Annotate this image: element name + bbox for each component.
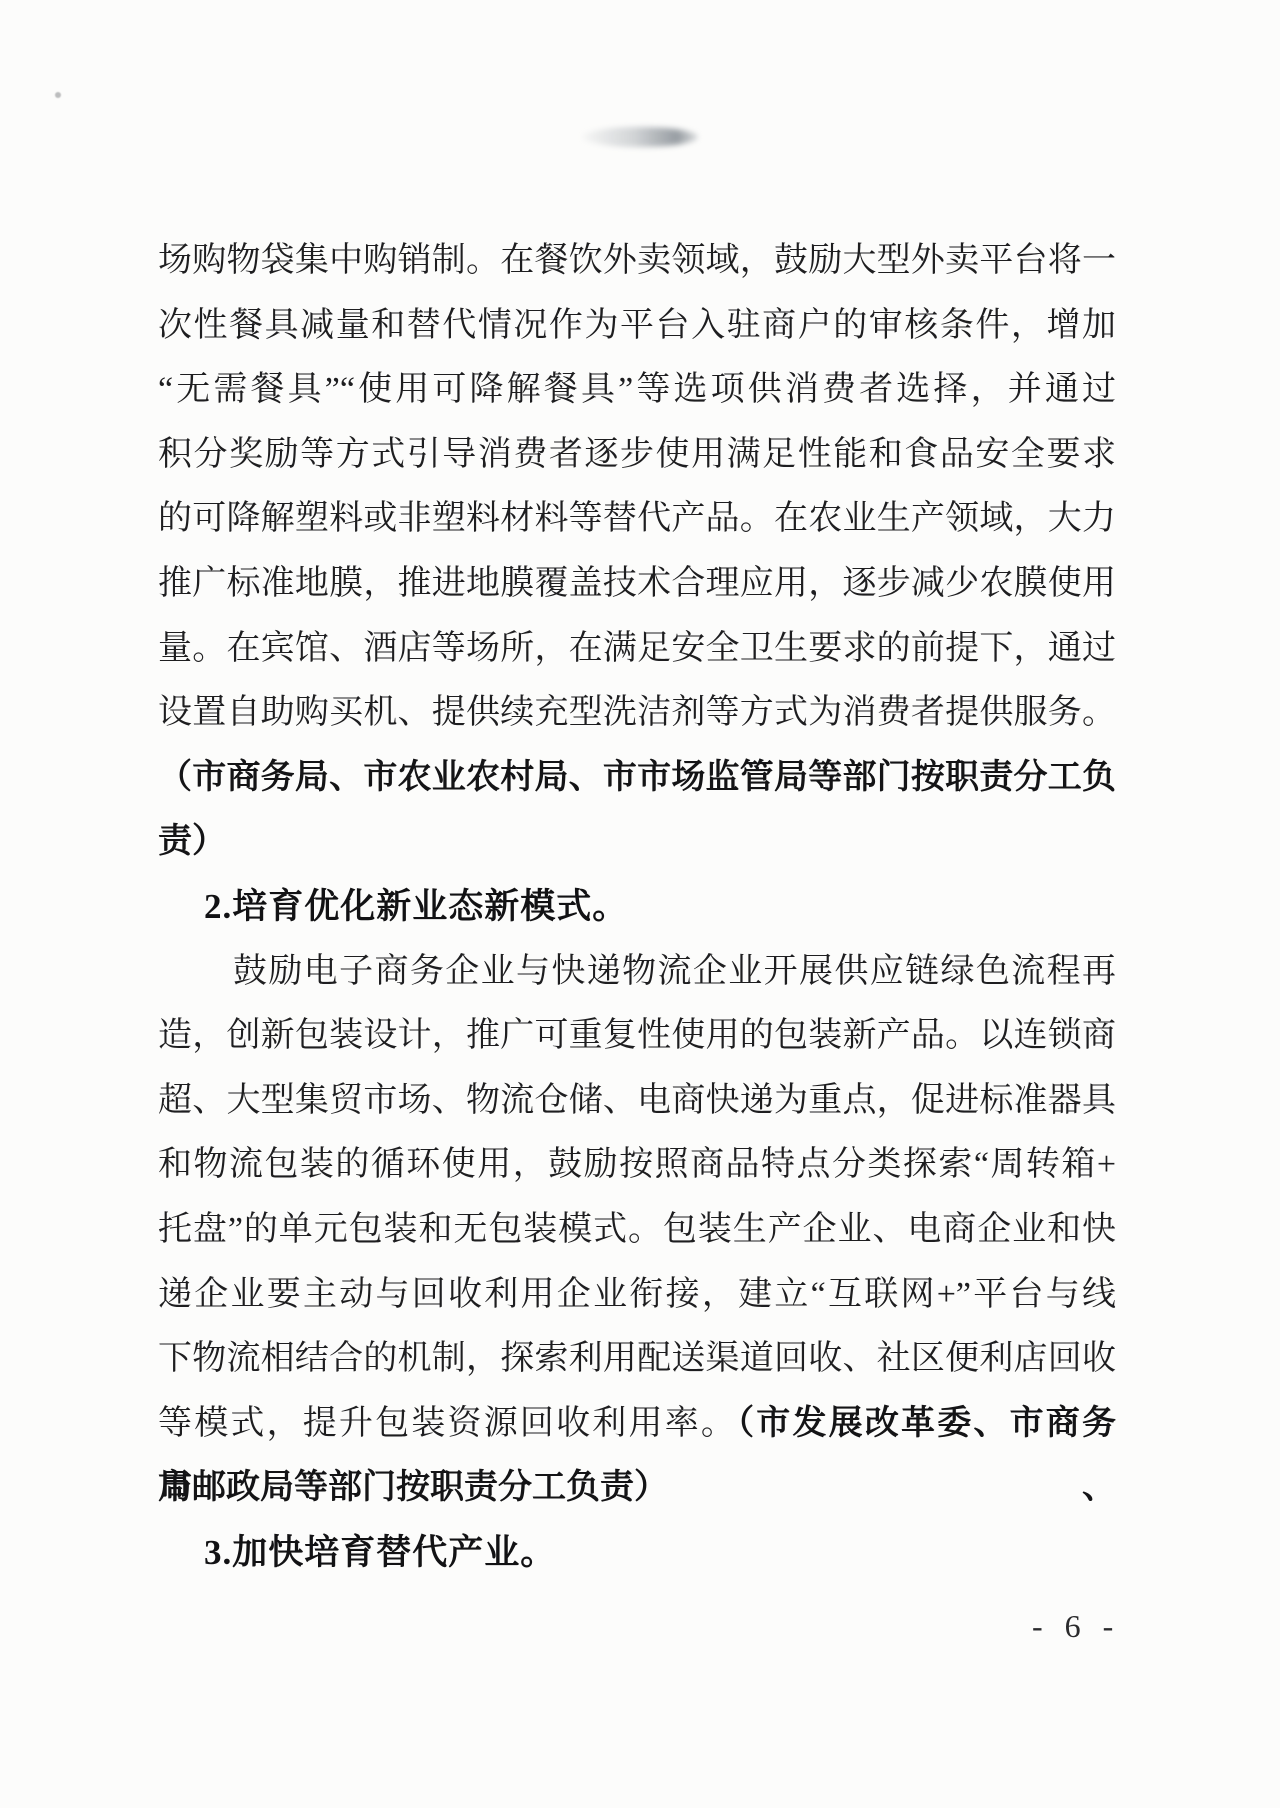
paragraph-2: 鼓励电子商务企业与快递物流企业开展供应链绿色流程再造，创新包装设计，推广可重复性… (158, 940, 1116, 1521)
text-line: 托盘”的单元包装和无包装模式。包装生产企业、电商企业和快 (158, 1198, 1116, 1263)
text-segment: 超、大型集贸市场、物流仓储、电商快递为重点，促进标准器具 (158, 1082, 1116, 1119)
text-segment: 下物流相结合的机制，探索利用配送渠道回收、社区便利店回收 (158, 1340, 1116, 1377)
text-line: 场购物袋集中购销制。在餐饮外卖领域，鼓励大型外卖平台将一 (158, 229, 1116, 294)
text-line: 递企业要主动与回收利用企业衔接，建立“互联网+”平台与线 (158, 1263, 1116, 1328)
section-heading-2: 2.培育优化新业态新模式。 (158, 875, 1116, 940)
text-segment: 的可降解塑料或非塑料材料等替代产品。在农业生产领域，大力 (158, 500, 1116, 537)
text-line: 鼓励电子商务企业与快递物流企业开展供应链绿色流程再 (158, 940, 1116, 1005)
section-heading-3: 3.加快培育替代产业。 (158, 1521, 1116, 1586)
text-segment: 等模式，提升包装资源回收利用率。 (158, 1405, 737, 1442)
text-line: 和物流包装的循环使用，鼓励按照商品特点分类探索“周转箱+ (158, 1133, 1116, 1198)
text-line: 次性餐具减量和替代情况作为平台入驻商户的审核条件，增加 (158, 294, 1116, 359)
text-line: 积分奖励等方式引导消费者逐步使用满足性能和食品安全要求 (158, 423, 1116, 488)
paragraph-1: 场购物袋集中购销制。在餐饮外卖领域，鼓励大型外卖平台将一次性餐具减量和替代情况作… (158, 229, 1116, 875)
bold-text-segment: 责） (158, 823, 226, 860)
document-page: 场购物袋集中购销制。在餐饮外卖领域，鼓励大型外卖平台将一次性餐具减量和替代情况作… (0, 0, 1280, 1808)
text-line: 推广标准地膜，推进地膜覆盖技术合理应用，逐步减少农膜使用 (158, 552, 1116, 617)
text-line: 下物流相结合的机制，探索利用配送渠道回收、社区便利店回收 (158, 1327, 1116, 1392)
text-segment: 场购物袋集中购销制。在餐饮外卖领域，鼓励大型外卖平台将一 (158, 242, 1116, 279)
page-number: - 6 - (1032, 1608, 1122, 1645)
scan-artifact-smudge (582, 127, 698, 147)
text-segment: 和物流包装的循环使用，鼓励按照商品特点分类探索“周转箱+ (158, 1146, 1116, 1183)
bold-text-segment: 市邮政局等部门按职责分工负责） (158, 1469, 668, 1506)
text-segment: 量。在宾馆、酒店等场所，在满足安全卫生要求的前提下，通过 (158, 630, 1116, 667)
text-line: 超、大型集贸市场、物流仓储、电商快递为重点，促进标准器具 (158, 1069, 1116, 1134)
bold-text-segment: （市商务局、市农业农村局、市市场监管局等部门按职责分工负 (158, 759, 1116, 796)
text-line: 造，创新包装设计，推广可重复性使用的包装新产品。以连锁商 (158, 1004, 1116, 1069)
text-segment: 积分奖励等方式引导消费者逐步使用满足性能和食品安全要求 (158, 436, 1116, 473)
text-segment: 托盘”的单元包装和无包装模式。包装生产企业、电商企业和快 (158, 1211, 1116, 1248)
text-segment: 造，创新包装设计，推广可重复性使用的包装新产品。以连锁商 (158, 1017, 1116, 1054)
text-segment: “无需餐具”“使用可降解餐具”等选项供消费者选择，并通过 (158, 371, 1116, 408)
text-line: 责） (158, 810, 1116, 875)
text-segment: 次性餐具减量和替代情况作为平台入驻商户的审核条件，增加 (158, 307, 1116, 344)
page-content: 场购物袋集中购销制。在餐饮外卖领域，鼓励大型外卖平台将一次性餐具减量和替代情况作… (158, 229, 1116, 1585)
text-segment: 推广标准地膜，推进地膜覆盖技术合理应用，逐步减少农膜使用 (158, 565, 1116, 602)
text-line: 等模式，提升包装资源回收利用率。（市发展改革委、市商务局、 (158, 1392, 1116, 1457)
text-segment: 递企业要主动与回收利用企业衔接，建立“互联网+”平台与线 (158, 1276, 1116, 1313)
scan-artifact-dot (55, 92, 61, 98)
text-line: 量。在宾馆、酒店等场所，在满足安全卫生要求的前提下，通过 (158, 617, 1116, 682)
text-line: 的可降解塑料或非塑料材料等替代产品。在农业生产领域，大力 (158, 487, 1116, 552)
text-line: “无需餐具”“使用可降解餐具”等选项供消费者选择，并通过 (158, 358, 1116, 423)
text-segment: 设置自助购买机、提供续充型洗洁剂等方式为消费者提供服务。 (158, 694, 1116, 731)
text-segment: 鼓励电子商务企业与快递物流企业开展供应链绿色流程再 (233, 953, 1116, 990)
text-line: （市商务局、市农业农村局、市市场监管局等部门按职责分工负 (158, 746, 1116, 811)
text-line: 设置自助购买机、提供续充型洗洁剂等方式为消费者提供服务。 (158, 681, 1116, 746)
